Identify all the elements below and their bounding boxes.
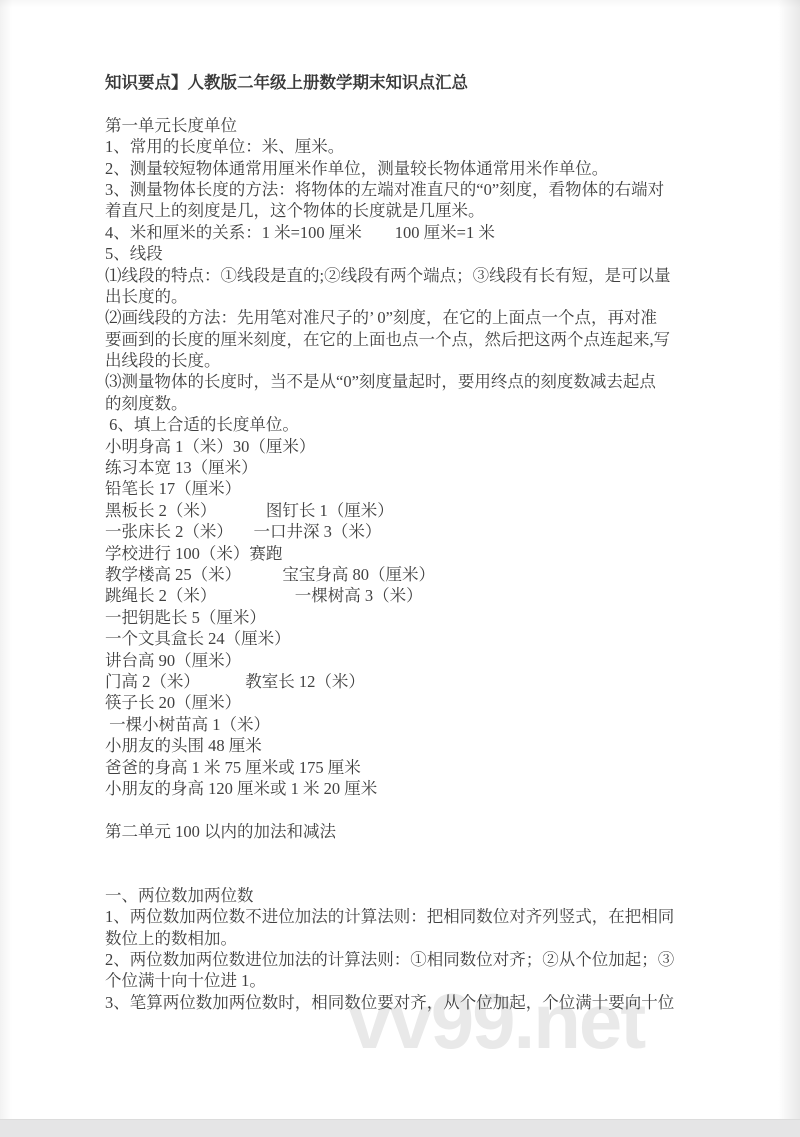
doc-line	[105, 93, 765, 114]
document-page: vv99.net 知识要点】人教版二年级上册数学期末知识点汇总 第一单元长度单位…	[0, 0, 800, 1137]
page-edge-shadow-left	[0, 0, 12, 1137]
doc-line: 1、常用的长度单位：米、厘米。	[105, 136, 765, 157]
doc-line: ⑶测量物体的长度时，当不是从“0”刻度量起时，要用终点的刻度数减去起点	[105, 371, 765, 392]
doc-line: 跳绳长 2（米） 一棵树高 3（米）	[105, 585, 765, 606]
doc-line: 4、米和厘米的关系：1 米=100 厘米 100 厘米=1 米	[105, 222, 765, 243]
doc-title-line: 知识要点】人教版二年级上册数学期末知识点汇总	[105, 72, 765, 93]
page-edge-shadow-top	[0, 0, 800, 8]
doc-line: 2、两位数加两位数进位加法的计算法则：①相同数位对齐；②从个位加起；③	[105, 949, 765, 970]
doc-line: ⑴线段的特点：①线段是直的;②线段有两个端点；③线段有长有短，是可以量	[105, 265, 765, 286]
doc-line: 小明身高 1（米）30（厘米）	[105, 436, 765, 457]
doc-line: 2、测量较短物体通常用厘米作单位，测量较长物体通常用米作单位。	[105, 158, 765, 179]
doc-line: 数位上的数相加。	[105, 928, 765, 949]
doc-line: 一、两位数加两位数	[105, 885, 765, 906]
doc-line: 学校进行 100（米）赛跑	[105, 543, 765, 564]
doc-line: 的刻度数。	[105, 393, 765, 414]
doc-line: 5、线段	[105, 243, 765, 264]
doc-line: 筷子长 20（厘米）	[105, 692, 765, 713]
doc-line: 着直尺上的刻度是几，这个物体的长度就是几厘米。	[105, 200, 765, 221]
doc-line: 第一单元长度单位	[105, 115, 765, 136]
doc-line: 小朋友的身高 120 厘米或 1 米 20 厘米	[105, 778, 765, 799]
doc-line: 个位满十向十位进 1。	[105, 970, 765, 991]
doc-line: 一张床长 2（米） 一口井深 3（米）	[105, 521, 765, 542]
doc-line: 第二单元 100 以内的加法和减法	[105, 821, 765, 842]
doc-line: 要画到的长度的厘米刻度，在它的上面也点一个点，然后把这两个点连起来,写	[105, 329, 765, 350]
doc-line	[105, 842, 765, 863]
doc-line: 黑板长 2（米） 图钉长 1（厘米）	[105, 500, 765, 521]
doc-line: 练习本宽 13（厘米）	[105, 457, 765, 478]
doc-line: 爸爸的身高 1 米 75 厘米或 175 厘米	[105, 757, 765, 778]
doc-line: 小朋友的头围 48 厘米	[105, 735, 765, 756]
doc-line	[105, 863, 765, 884]
doc-line: 一棵小树苗高 1（米）	[105, 714, 765, 735]
doc-line: ⑵画线段的方法：先用笔对准尺子的’ 0”刻度，在它的上面点一个点，再对准	[105, 307, 765, 328]
doc-line: 一把钥匙长 5（厘米）	[105, 607, 765, 628]
doc-line: 门高 2（米） 教室长 12（米）	[105, 671, 765, 692]
doc-line: 一个文具盒长 24（厘米）	[105, 628, 765, 649]
doc-line	[105, 799, 765, 820]
page-bottom-band	[0, 1119, 800, 1137]
page-edge-shadow-right	[778, 0, 800, 1137]
doc-line: 讲台高 90（厘米）	[105, 650, 765, 671]
doc-line: 出线段的长度。	[105, 350, 765, 371]
doc-line: 1、两位数加两位数不进位加法的计算法则：把相同数位对齐列竖式，在把相同	[105, 906, 765, 927]
doc-line: 出长度的。	[105, 286, 765, 307]
doc-line: 铅笔长 17（厘米）	[105, 478, 765, 499]
doc-line: 3、测量物体长度的方法：将物体的左端对准直尺的“0”刻度，看物体的右端对	[105, 179, 765, 200]
doc-line: 3、笔算两位数加两位数时，相同数位要对齐，从个位加起，个位满十要向十位	[105, 992, 765, 1013]
document-content: 知识要点】人教版二年级上册数学期末知识点汇总 第一单元长度单位1、常用的长度单位…	[105, 72, 765, 1013]
doc-line: 6、填上合适的长度单位。	[105, 414, 765, 435]
doc-line: 教学楼高 25（米） 宝宝身高 80（厘米）	[105, 564, 765, 585]
